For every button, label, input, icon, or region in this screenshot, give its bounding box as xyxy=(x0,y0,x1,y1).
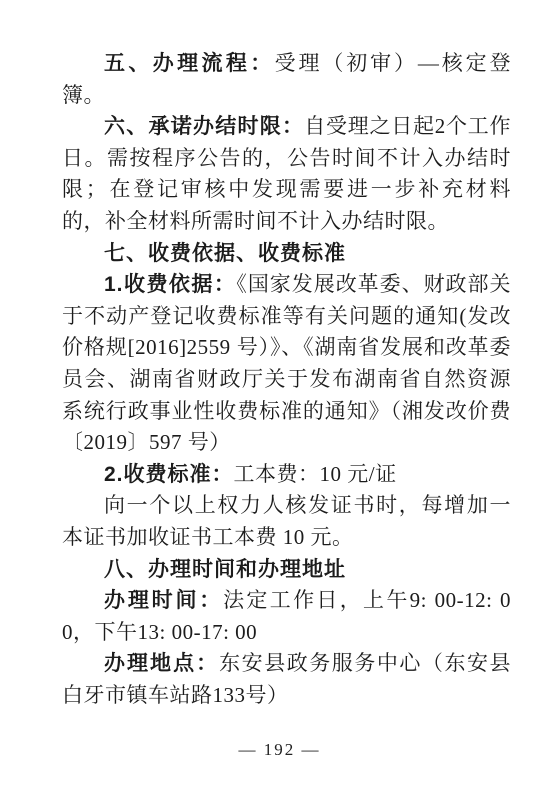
paragraph-text: 《国家发展改革委、财政部关于不动产登记收费标准等有关问题的通知(发改价格规[20… xyxy=(62,272,511,454)
item-label-fee-basis: 1.收费依据： xyxy=(104,273,236,296)
paragraph-process-flow: 五、办理流程：受理（初审）—核定登簿。 xyxy=(62,48,511,111)
paragraph-extra-certificate-fee: 向一个以上权力人核发证书时，每增加一本证书加收证书工本费 10 元。 xyxy=(62,490,511,553)
paragraph-fee-basis: 1.收费依据：《国家发展改革委、财政部关于不动产登记收费标准等有关问题的通知(发… xyxy=(62,269,511,459)
section-heading-6: 六、承诺办结时限： xyxy=(104,115,304,138)
page-number: — 192 — xyxy=(0,740,559,760)
paragraph-fee-standard: 2.收费标准：工本费：10 元/证 xyxy=(62,459,511,491)
item-label-office-hours: 办理时间： xyxy=(104,589,223,612)
heading-fees: 七、收费依据、收费标准 xyxy=(62,238,511,270)
paragraph-time-limit: 六、承诺办结时限：自受理之日起2个工作日。需按程序公告的，公告时间不计入办结时限… xyxy=(62,111,511,237)
document-page: 五、办理流程：受理（初审）—核定登簿。 六、承诺办结时限：自受理之日起2个工作日… xyxy=(0,0,559,793)
item-label-fee-standard: 2.收费标准： xyxy=(104,463,234,486)
document-body: 五、办理流程：受理（初审）—核定登簿。 六、承诺办结时限：自受理之日起2个工作日… xyxy=(62,48,511,711)
paragraph-office-hours: 办理时间：法定工作日，上午9: 00-12: 00，下午13: 00-17: 0… xyxy=(62,585,511,648)
paragraph-text: 工本费：10 元/证 xyxy=(234,462,397,486)
section-heading-8: 八、办理时间和办理地址 xyxy=(104,558,346,581)
paragraph-office-address: 办理地点：东安县政务服务中心（东安县白牙市镇车站路133号） xyxy=(62,648,511,711)
section-heading-5: 五、办理流程： xyxy=(104,52,275,75)
heading-time-and-address: 八、办理时间和办理地址 xyxy=(62,554,511,586)
paragraph-text: 向一个以上权力人核发证书时，每增加一本证书加收证书工本费 10 元。 xyxy=(62,493,511,549)
item-label-office-address: 办理地点： xyxy=(104,652,219,675)
section-heading-7: 七、收费依据、收费标准 xyxy=(104,242,346,265)
